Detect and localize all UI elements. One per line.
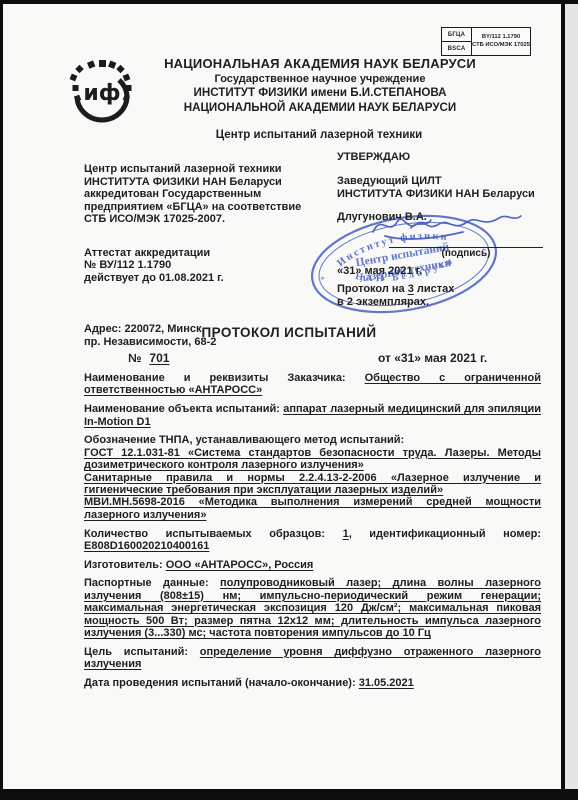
method-sanpin: Санитарные правила и нормы 2.2.4.13-2-20… <box>84 472 541 497</box>
quantity-label: Количество испытываемых образцов: <box>84 528 325 540</box>
test-center-name: Центр испытаний лазерной техники <box>69 129 569 141</box>
object-label: Наименование объекта испытаний: <box>84 403 280 415</box>
handwritten-signature <box>367 202 527 244</box>
institute-of-physics-logo: иф <box>62 58 142 124</box>
scan-edge-bottom <box>0 789 578 800</box>
protocol-date: от «31» мая 2021 г. <box>378 351 487 365</box>
number-sign: № <box>128 351 141 365</box>
org-title-state-institution: Государственное научное учреждение <box>142 72 498 87</box>
accreditation-statement: Центр испытаний лазерной техники ИНСТИТУ… <box>84 163 330 225</box>
copies-line: в 2 экземплярах. <box>337 296 543 308</box>
sheets-pre: Протокол на <box>337 283 408 295</box>
purpose-paragraph: Цель испытаний: определение уровня диффу… <box>84 646 541 671</box>
accreditation-mark-bsca: BSCA <box>442 41 471 55</box>
passport-label: Паспортные данные: <box>84 577 209 589</box>
approval-block: УТВЕРЖДАЮ Заведующий ЦИЛТ ИНСТИТУТА ФИЗИ… <box>337 151 543 309</box>
protocol-number-row: №701 от «31» мая 2021 г. <box>84 351 540 367</box>
sheets-post: листах <box>414 283 455 295</box>
accreditation-mark: БГЦА BSCA BY/112 1.1790 СТБ ИСО/МЭК 1702… <box>441 27 531 56</box>
approval-date: «31» мая 2021 г. <box>337 265 543 277</box>
attestat-statement: Аттестат аккредитации № ВУ/112 1.1790 де… <box>84 247 330 284</box>
accreditation-mark-right-cell: BY/112 1.1790 СТБ ИСО/МЭК 17025 <box>472 28 530 55</box>
object-paragraph: Наименование объекта испытаний: аппарат … <box>84 403 541 428</box>
sheets-line: Протокол на 3 листах <box>337 283 543 295</box>
purpose-label: Цель испытаний: <box>84 646 188 658</box>
id-value: E808D160020210400161 <box>84 540 209 552</box>
tnpa-label-paragraph: Обозначение ТНПА, устанавливающего метод… <box>84 434 541 446</box>
protocol-title: ПРОТОКОЛ ИСПЫТАНИЙ <box>0 325 578 340</box>
scan-edge-right <box>561 4 565 789</box>
protocol-number-value: 701 <box>149 351 169 365</box>
accreditation-mark-bgca: БГЦА <box>442 28 471 41</box>
customer-label: Наименование и реквизиты Заказчика: <box>84 372 346 384</box>
quantity-paragraph: Количество испытываемых образцов: 1, иде… <box>84 528 541 553</box>
manufacturer-paragraph: Изготовитель: ООО «АНТАРОСС», Россия <box>84 559 541 571</box>
test-date-label: Дата проведения испытаний (начало-оконча… <box>84 677 356 689</box>
manufacturer-value: ООО «АНТАРОСС», Россия <box>166 559 314 571</box>
approver-position: Заведующий ЦИЛТ ИНСТИТУТА ФИЗИКИ НАН Бел… <box>337 175 543 200</box>
scan-edge-left <box>0 0 3 800</box>
accreditation-standard: СТБ ИСО/МЭК 17025 <box>472 42 530 50</box>
org-title-academy2: НАЦИОНАЛЬНОЙ АКАДЕМИИ НАУК БЕЛАРУСИ <box>142 101 498 116</box>
protocol-body: Наименование и реквизиты Заказчика: Обще… <box>84 372 541 695</box>
accreditation-mark-left-column: БГЦА BSCA <box>442 28 472 55</box>
protocol-number: №701 <box>128 351 169 365</box>
scanned-test-protocol-page: БГЦА BSCA BY/112 1.1790 СТБ ИСО/МЭК 1702… <box>0 0 578 800</box>
manufacturer-label: Изготовитель: <box>84 559 163 571</box>
test-date-paragraph: Дата проведения испытаний (начало-оконча… <box>84 677 541 689</box>
passport-paragraph: Паспортные данные: полупроводниковый лаз… <box>84 577 541 639</box>
header-org-titles: НАЦИОНАЛЬНАЯ АКАДЕМИЯ НАУК БЕЛАРУСИ Госу… <box>142 57 498 115</box>
org-title-academy: НАЦИОНАЛЬНАЯ АКАДЕМИЯ НАУК БЕЛАРУСИ <box>142 57 498 72</box>
method-mvi: МВИ.МН.5698-2016 «Методика выполнения из… <box>84 496 541 521</box>
id-label: идентификационный номер: <box>369 528 541 540</box>
logo-monogram: иф <box>83 81 120 106</box>
org-title-institute: ИНСТИТУТ ФИЗИКИ имени Б.И.СТЕПАНОВА <box>142 86 498 101</box>
quantity-separator: , <box>349 528 352 540</box>
accreditation-number: BY/112 1.1790 <box>482 34 520 42</box>
scan-edge-shade-right <box>565 4 578 789</box>
stamp-star: * <box>320 274 327 285</box>
scan-edge-top <box>0 0 578 4</box>
tnpa-label: Обозначение ТНПА, устанавливающего метод… <box>84 434 404 446</box>
test-date-value: 31.05.2021 <box>359 677 414 689</box>
signature-zone: (подпись) <box>337 224 543 258</box>
approve-word: УТВЕРЖДАЮ <box>337 151 543 163</box>
customer-paragraph: Наименование и реквизиты Заказчика: Обще… <box>84 372 541 397</box>
signature-caption: (подпись) <box>389 248 543 260</box>
method-gost: ГОСТ 12.1.031-81 «Система стандартов без… <box>84 447 541 472</box>
